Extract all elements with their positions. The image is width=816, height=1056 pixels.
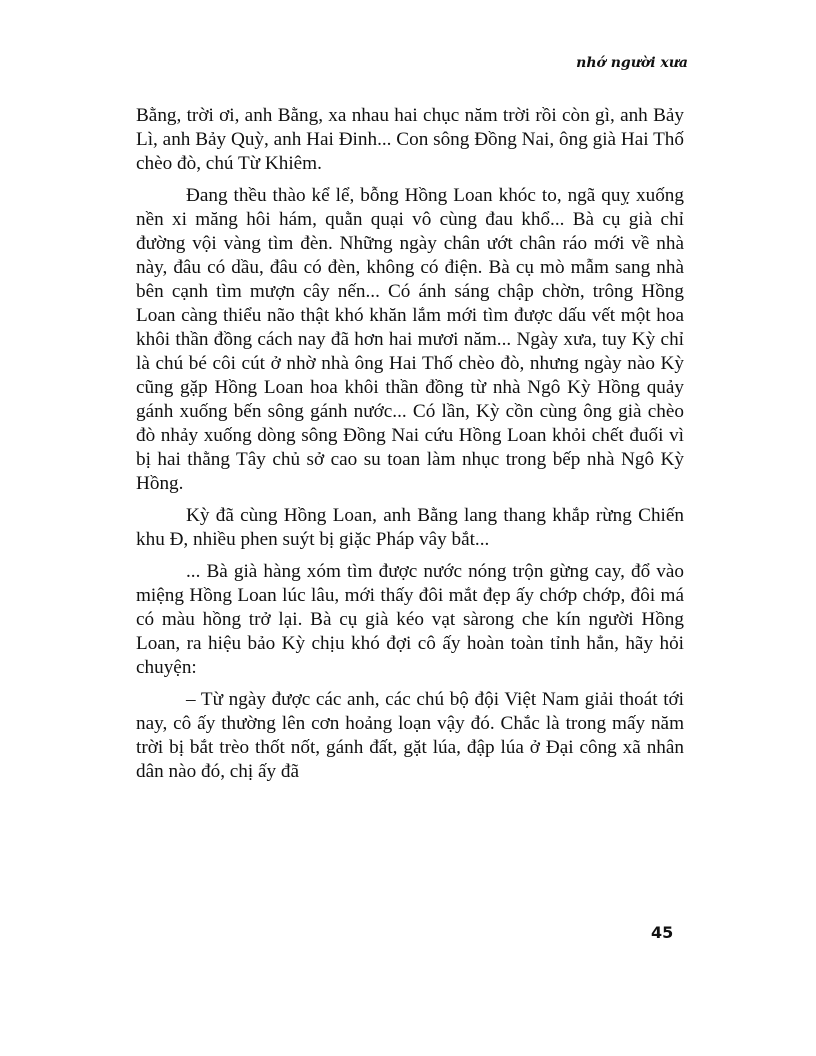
- paragraph: Đang thều thào kể lể, bỗng Hồng Loan khó…: [136, 184, 684, 496]
- paragraph: Bằng, trời ơi, anh Bằng, xa nhau hai chụ…: [136, 104, 684, 176]
- body-text: Bằng, trời ơi, anh Bằng, xa nhau hai chụ…: [136, 104, 684, 792]
- paragraph: Kỳ đã cùng Hồng Loan, anh Bằng lang than…: [136, 504, 684, 552]
- book-page: nhớ người xưa Bằng, trời ơi, anh Bằng, x…: [0, 0, 816, 1056]
- page-number: 45: [651, 923, 673, 942]
- paragraph: – Từ ngày được các anh, các chú bộ đội V…: [136, 688, 684, 784]
- paragraph: ... Bà già hàng xóm tìm được nước nóng t…: [136, 560, 684, 680]
- running-header: nhớ người xưa: [576, 55, 688, 71]
